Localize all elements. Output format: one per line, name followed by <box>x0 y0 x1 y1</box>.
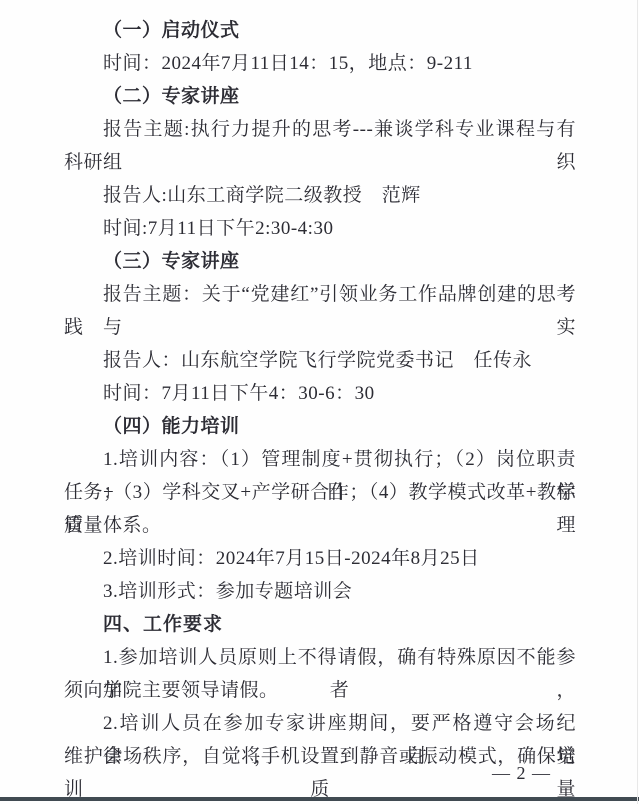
page-number: — 2 — <box>492 762 551 784</box>
doc-line-time-2: 时间：7月11日下午4：30-6：30 <box>64 377 576 410</box>
doc-line-report-topic-2: 报告主题：关于“党建红”引领业务工作品牌创建的思考与实 <box>64 278 576 311</box>
section-heading-4: （四）能力培训 <box>64 410 576 443</box>
doc-line-report-topic-1: 报告主题:执行力提升的思考---兼谈学科专业课程与有组织 <box>64 113 576 146</box>
section-heading-1: （一）启动仪式 <box>64 14 576 47</box>
doc-line-training-content-2: 任务；（3）学科交叉+产学研合作；（4）教学模式改革+教学管理 <box>64 476 576 509</box>
section-heading-3: （三）专家讲座 <box>64 245 576 278</box>
doc-line-requirement-1a: 1.参加培训人员原则上不得请假，确有特殊原因不能参加者， <box>64 641 576 674</box>
doc-line-speaker-1: 报告人:山东工商学院二级教授 范辉 <box>64 179 576 212</box>
doc-line-time-1: 时间:7月11日下午2:30-4:30 <box>64 212 576 245</box>
document-page: （一）启动仪式 时间：2024年7月11日14：15，地点：9-211 （二）专… <box>0 0 639 804</box>
doc-line-training-content-1: 1.培训内容：（1）管理制度+贯彻执行；（2）岗位职责+目标 <box>64 443 576 476</box>
doc-line-time-location: 时间：2024年7月11日14：15，地点：9-211 <box>64 47 576 80</box>
doc-line-training-form: 3.培训形式：参加专题培训会 <box>64 575 576 608</box>
doc-line-speaker-2: 报告人：山东航空学院飞行学院党委书记 任传永 <box>64 344 576 377</box>
section-heading-requirements: 四、工作要求 <box>64 608 576 641</box>
page-bottom-edge <box>0 797 639 801</box>
section-heading-2: （二）专家讲座 <box>64 80 576 113</box>
page-right-edge <box>637 0 638 804</box>
doc-line-requirement-2a: 2.培训人员在参加专家讲座期间，要严格遵守会场纪律，自觉 <box>64 707 576 740</box>
document-body: （一）启动仪式 时间：2024年7月11日14：15，地点：9-211 （二）专… <box>64 14 576 773</box>
doc-line-training-time: 2.培训时间：2024年7月15日-2024年8月25日 <box>64 542 576 575</box>
